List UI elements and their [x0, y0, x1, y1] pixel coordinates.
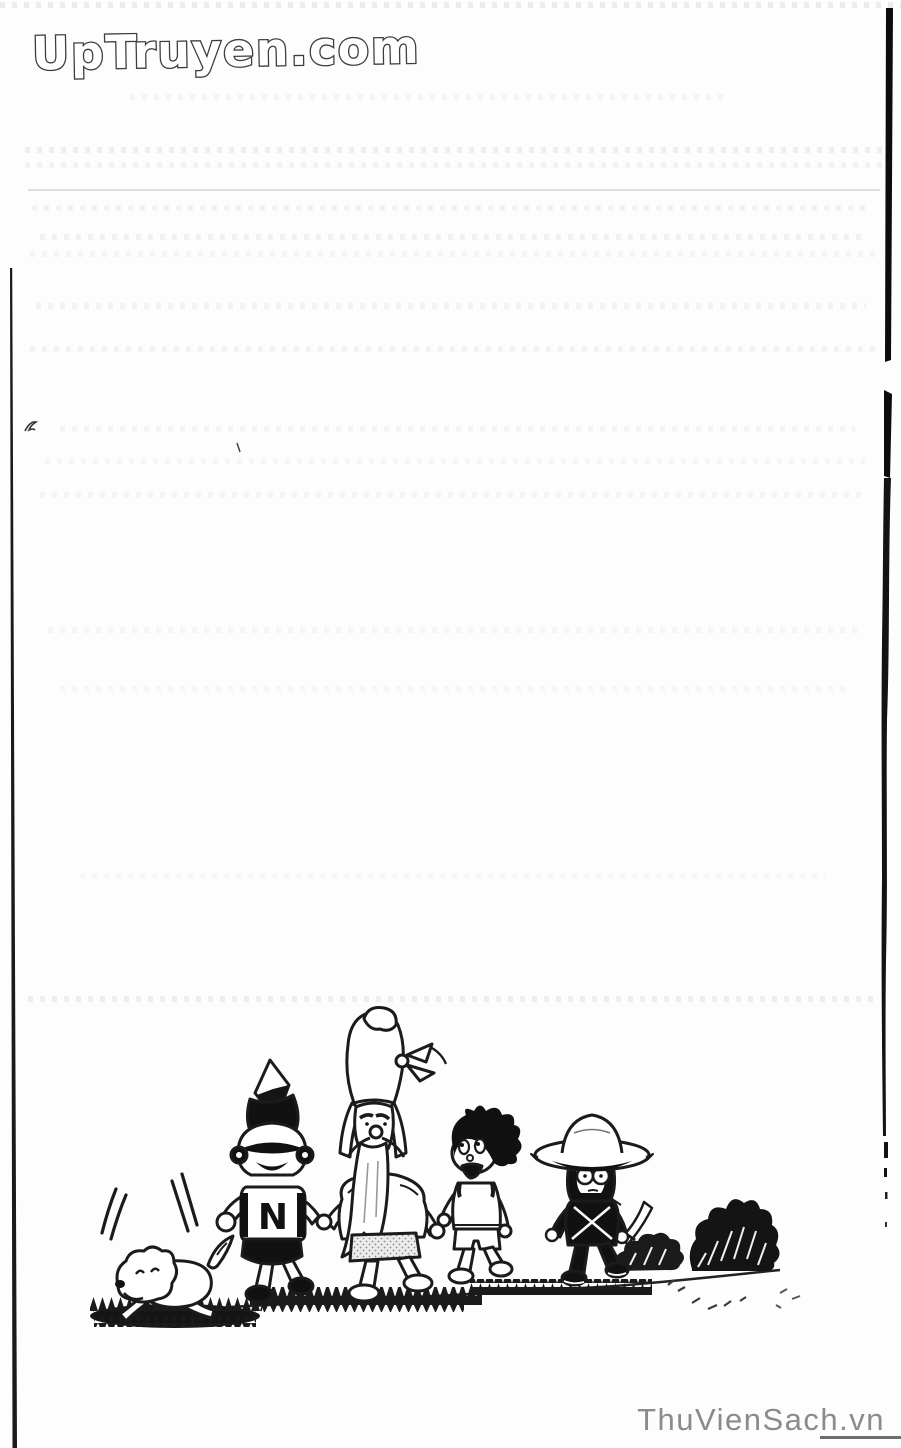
site-logo: UpTruyen.com — [24, 8, 444, 98]
ninja-left-leg — [570, 1245, 588, 1273]
scan-noise-row — [48, 627, 860, 633]
old-man-left-leg — [360, 1261, 378, 1287]
scanned-page: UpTruyen.com — [0, 0, 901, 1448]
site-logo-text: UpTruyen.com — [32, 20, 421, 81]
boy-left-hand — [438, 1214, 450, 1226]
puppy-tail — [208, 1236, 233, 1268]
ninja-mouth — [588, 1190, 598, 1191]
scan-noise-row — [32, 205, 872, 211]
scan-fold-line — [28, 189, 880, 191]
scan-noise-row — [30, 346, 876, 352]
scan-noise-row — [36, 303, 866, 309]
right-edge-dash — [885, 1222, 887, 1227]
robot-shorts — [242, 1239, 302, 1264]
left-edge-line — [10, 268, 17, 1448]
boy-eye — [459, 1140, 469, 1154]
scan-noise-row — [25, 147, 883, 153]
boy-left-shoe — [449, 1269, 473, 1283]
old-man — [317, 1007, 446, 1301]
right-edge-bar-top — [885, 8, 893, 362]
scan-noise-row — [45, 458, 865, 464]
footer-watermark-underline — [820, 1436, 901, 1439]
manga-illustration: N — [80, 1003, 810, 1338]
old-man-right-foot — [404, 1275, 432, 1291]
ninja-hat-crown — [562, 1115, 622, 1153]
ink-speck — [237, 443, 240, 452]
scan-noise-row — [30, 251, 875, 257]
robot-left-boot — [246, 1286, 272, 1302]
old-man-nose — [370, 1126, 382, 1138]
boy — [438, 1106, 522, 1284]
robot-boy: N — [217, 1060, 319, 1302]
old-man-left-hand — [317, 1215, 331, 1229]
robot-chest-letter: N — [258, 1197, 288, 1238]
ninja-left-hand — [546, 1229, 558, 1241]
scan-noise-row — [60, 686, 850, 692]
boy-right-shoe — [490, 1262, 512, 1276]
scan-noise-row — [28, 996, 878, 1002]
old-man-left-foot — [349, 1285, 379, 1301]
right-edge-line — [882, 478, 891, 1136]
right-edge-dash — [885, 1192, 888, 1199]
scan-noise-row — [40, 492, 868, 498]
old-man-bow — [407, 1065, 434, 1081]
boy-eye — [475, 1139, 485, 1153]
old-man-bow — [407, 1044, 432, 1062]
robot-left-hand — [217, 1213, 235, 1231]
boy-nose — [467, 1155, 473, 1161]
scan-noise-row — [60, 426, 855, 432]
right-edge-dash — [884, 1142, 888, 1158]
scan-noise-row — [25, 162, 883, 168]
right-edge-dash — [884, 1168, 887, 1177]
ink-speck — [25, 422, 36, 431]
scan-noise-row — [80, 873, 825, 879]
scan-noise-row — [40, 234, 868, 240]
puppy-nose — [115, 1280, 125, 1288]
footer-watermark: ThuVienSach.vn — [637, 1402, 885, 1438]
old-man-topknot-curl — [364, 1007, 396, 1030]
robot-right-boot — [289, 1278, 313, 1294]
right-edge-bar-mid — [884, 390, 892, 478]
motion-lines — [102, 1174, 197, 1239]
boy-mouth — [462, 1164, 482, 1178]
